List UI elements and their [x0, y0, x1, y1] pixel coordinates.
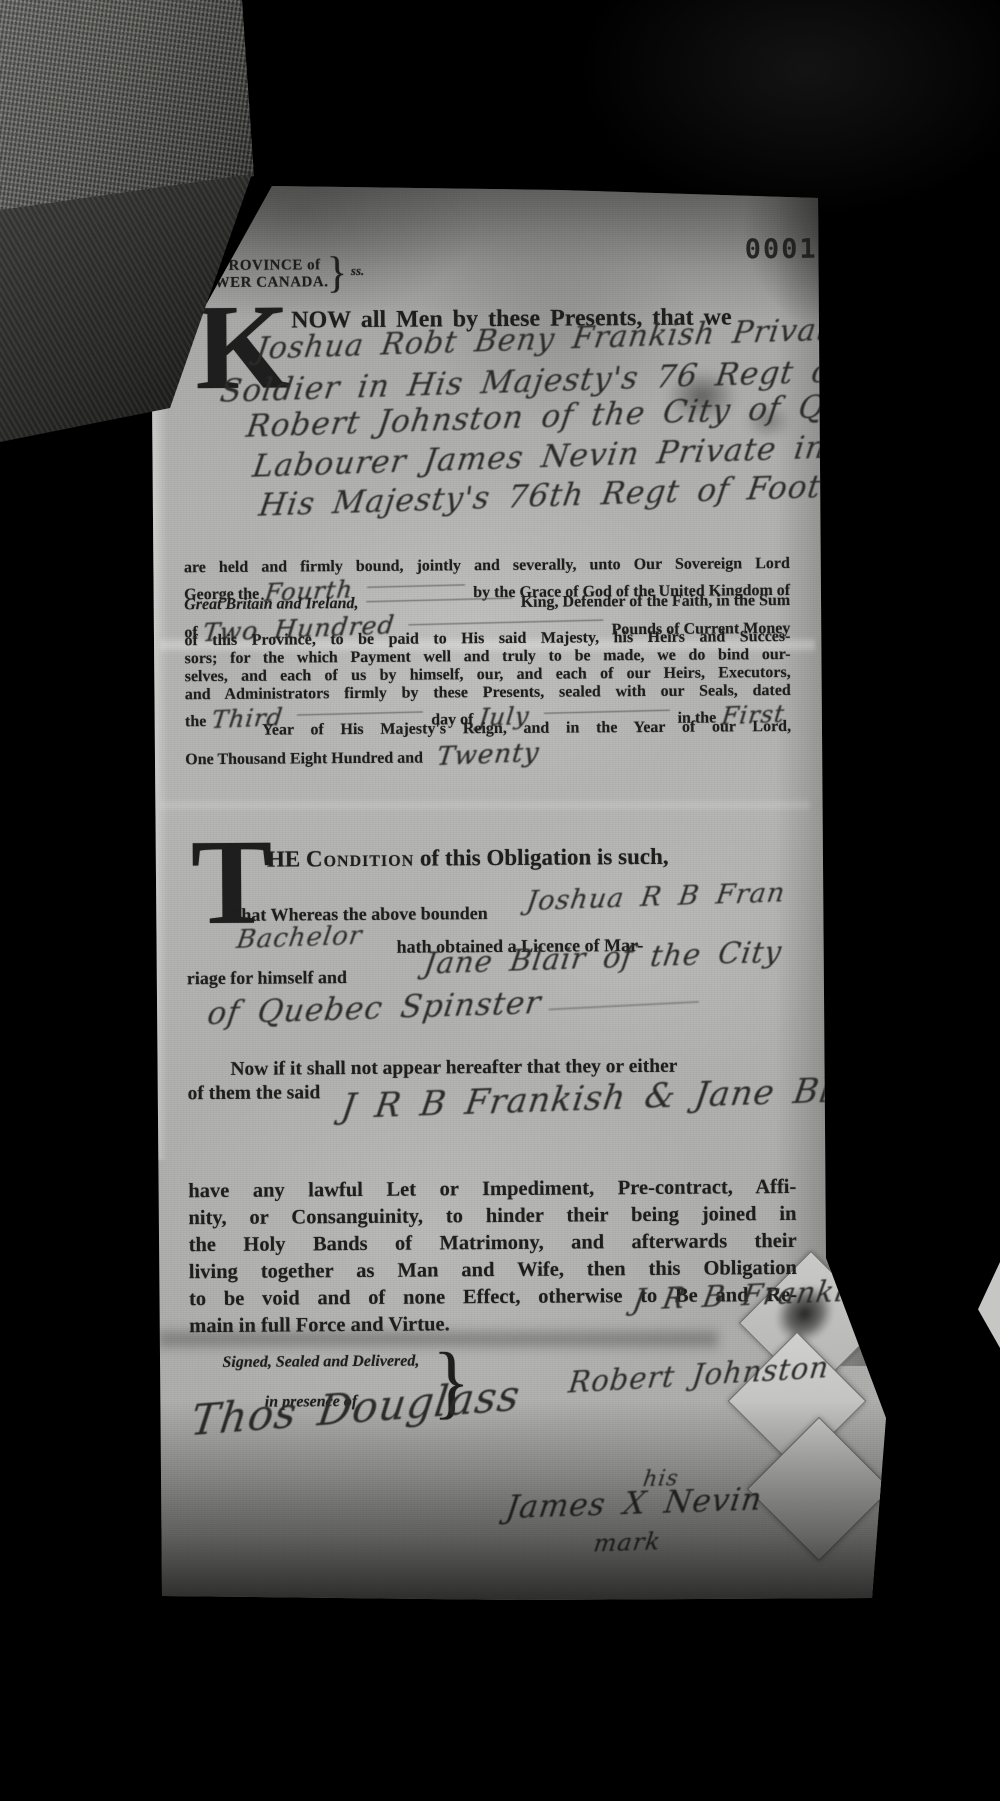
witness2-signature: Robert Johnston [567, 1350, 831, 1400]
printed-text: the [185, 713, 206, 731]
handwritten-status: Bachelor [235, 921, 365, 955]
pen-flourish [366, 597, 512, 602]
scanned-document-photo: PROVINCE of LOWER CANADA. } ss. 000130 K… [0, 0, 1000, 1801]
printed-text: One Thousand Eight Hundred and [185, 750, 423, 770]
printed-text: Condition [306, 846, 414, 872]
ss-abbreviation: ss. [351, 263, 364, 279]
paper-sheet: PROVINCE of LOWER CANADA. } ss. 000130 K… [0, 0, 1000, 1801]
condition-heading: HE Condition of this Obligation is such, [267, 844, 669, 873]
bond-line: Year of His Majesty's Reign, and in the … [262, 718, 791, 740]
header-brace: } [327, 248, 348, 299]
pen-flourish [367, 584, 465, 587]
witness-signature: Thos Douglass [188, 1370, 523, 1445]
obligation-line: main in full Force and Virtue. [189, 1313, 450, 1338]
pen-flourish [409, 620, 604, 626]
document-content: PROVINCE of LOWER CANADA. } ss. 000130 K… [0, 0, 1000, 1801]
attestation-line-1: Signed, Sealed and Delivered, [222, 1353, 419, 1372]
province-line-1: PROVINCE of [219, 257, 321, 275]
handwritten-text: of Quebec Spinster [205, 985, 544, 1032]
document-number-stamp: 000130 [745, 234, 855, 266]
fabric-corner-light [0, 0, 262, 232]
printed-text: King, Defender of the Faith, in the Sum [521, 592, 791, 612]
bond-line: One Thousand Eight Hundred and Twenty [185, 739, 545, 772]
obligation-line: have any lawful Let or Impediment, Pre-c… [188, 1176, 796, 1203]
printed-text: Great Britain and Ireland, [184, 595, 358, 614]
pen-flourish [828, 487, 938, 494]
printed-text: HE [267, 846, 306, 871]
obligation-line: the Holy Bands of Matrimony, and afterwa… [189, 1230, 797, 1257]
pen-flourish [548, 1001, 698, 1010]
mark-signature: James X Nevin [504, 1481, 765, 1526]
whereas-printed: riage for himself and [187, 967, 347, 989]
handwritten-fill: Twenty [435, 738, 541, 772]
handwritten-groom-name: Joshua R B Fran [524, 877, 787, 917]
printed-text: of this Obligation is such, [414, 844, 669, 871]
pen-flourish [544, 709, 670, 713]
adjacent-page-sliver [978, 1262, 1000, 1348]
obligation-line: nity, or Consanguinity, to hinder their … [188, 1203, 796, 1230]
mark-word: mark [592, 1527, 663, 1557]
proviso-printed: of them the said [188, 1082, 321, 1105]
pen-flourish [297, 711, 423, 715]
